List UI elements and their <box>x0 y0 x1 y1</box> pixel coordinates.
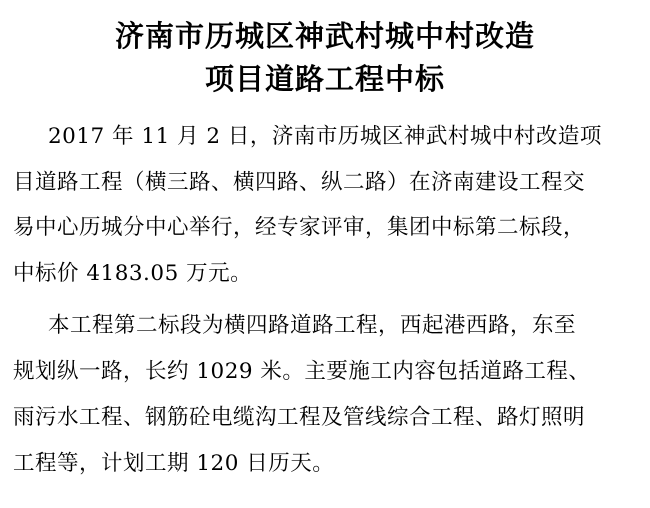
paragraph-2-line-4: 工程等，计划工期 120 日历天。 <box>13 446 643 477</box>
paragraph-2-line-1: 本工程第二标段为横四路道路工程，西起港西路，东至 <box>48 308 650 339</box>
paragraph-1-line-4: 中标价 4183.05 万元。 <box>13 256 643 287</box>
paragraph-2-line-2: 规划纵一路，长约 1029 米。主要施工内容包括道路工程、 <box>13 354 643 385</box>
paragraph-1-line-3: 易中心历城分中心举行，经专家评审，集团中标第二标段， <box>13 210 643 241</box>
paragraph-1-line-2: 目道路工程（横三路、横四路、纵二路）在济南建设工程交 <box>13 165 643 196</box>
document-title-line-2: 项目道路工程中标 <box>0 57 650 98</box>
paragraph-2-line-3: 雨污水工程、钢筋砼电缆沟工程及管线综合工程、路灯照明 <box>13 400 643 431</box>
document-title-line-1: 济南市历城区神武村城中村改造 <box>0 14 650 55</box>
paragraph-1-line-1: 2017 年 11 月 2 日，济南市历城区神武村城中村改造项 <box>48 119 650 150</box>
